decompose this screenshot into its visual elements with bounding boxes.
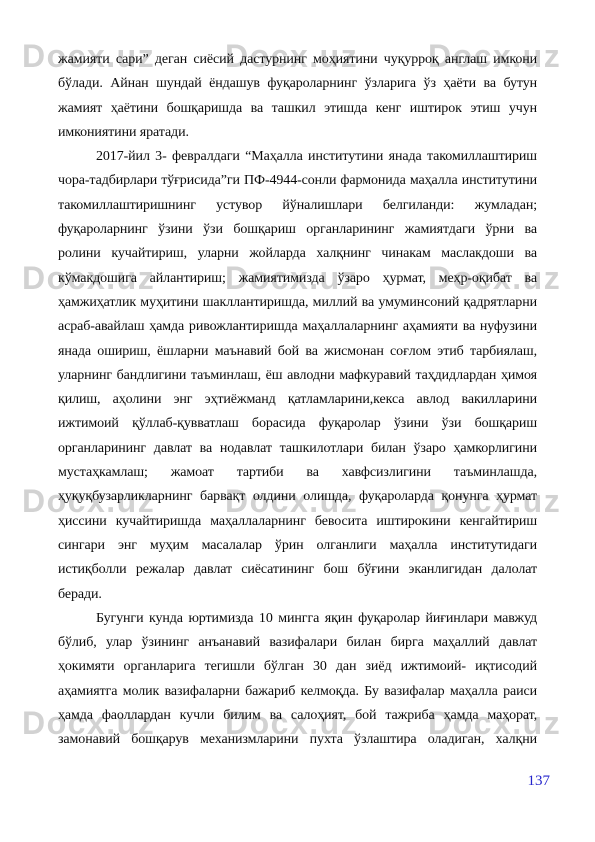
document-page: Docx.uzDocx.uzDocx.uzDocx.uzDocx.uzDocx.…: [0, 0, 595, 842]
text-line: жамият ҳаётини бошқаришда ва ташкил этиш…: [58, 97, 537, 121]
text-line: бўлади. Айнан шундай ёндашув фуқароларни…: [58, 72, 537, 96]
text-line: мустаҳкамлаш; жамоат тартиби ва хавфсизл…: [58, 461, 537, 485]
text-line: имкониятини яратади.: [58, 121, 537, 145]
document-body: жамияти сари” деган сиёсий дастурнинг мо…: [58, 48, 537, 753]
text-line: асраб-авайлаш ҳамда ривожлантиришда маҳа…: [58, 315, 537, 339]
text-line: ижтимоий қўллаб-қувватлаш борасида фуқар…: [58, 412, 537, 436]
text-line: янада ошириш, ёшларни маънавий бой ва жи…: [58, 340, 537, 364]
text-line: Бугунги кунда юртимизда 10 мингга яқин ф…: [58, 607, 537, 631]
text-line: аҳамиятга молик вазифаларни бажариб келм…: [58, 680, 537, 704]
text-line: истиқболли режалар давлат сиёсатининг бо…: [58, 558, 537, 582]
text-line: замонавий бошқарув механизмларини пухта …: [58, 728, 537, 752]
text-line: ролини кучайтириш, уларни жойларда халқн…: [58, 242, 537, 266]
text-line: фуқароларнинг ўзини ўзи бошқариш органла…: [58, 218, 537, 242]
text-line: ҳокимяти органларига тегишли бўлган 30 д…: [58, 655, 537, 679]
text-line: уларнинг бандлигини таъминлаш, ёш авлодн…: [58, 364, 537, 388]
text-line: сингари энг муҳим масалалар ўрин олганли…: [58, 534, 537, 558]
text-line: 2017-йил 3- февралдаги “Маҳалла институт…: [58, 145, 537, 169]
text-line: такомиллаштиришнинг устувор йўналишлари …: [58, 194, 537, 218]
page-number: 137: [528, 773, 551, 790]
text-line: ҳиссини кучайтиришда маҳаллаларнинг бево…: [58, 510, 537, 534]
text-line: жамияти сари” деган сиёсий дастурнинг мо…: [58, 48, 537, 72]
text-line: беради.: [58, 583, 537, 607]
text-line: ҳамжиҳатлик муҳитини шакллантиришда, мил…: [58, 291, 537, 315]
text-line: кўмакдошига айлантириш; жамиятимизда ўза…: [58, 267, 537, 291]
text-line: органларининг давлат ва нодавлат ташкило…: [58, 437, 537, 461]
text-line: чора-тадбирлари тўғрисида”ги ПФ-4944-сон…: [58, 169, 537, 193]
text-line: қилиш, аҳолини энг эҳтиёжманд қатламлари…: [58, 388, 537, 412]
text-line: бўлиб, улар ўзининг анъанавий вазифалари…: [58, 631, 537, 655]
text-line: ҳуқуқбузарликларнинг барвақт олдини олиш…: [58, 485, 537, 509]
text-line: ҳамда фаоллардан кучли билим ва салоҳият…: [58, 704, 537, 728]
